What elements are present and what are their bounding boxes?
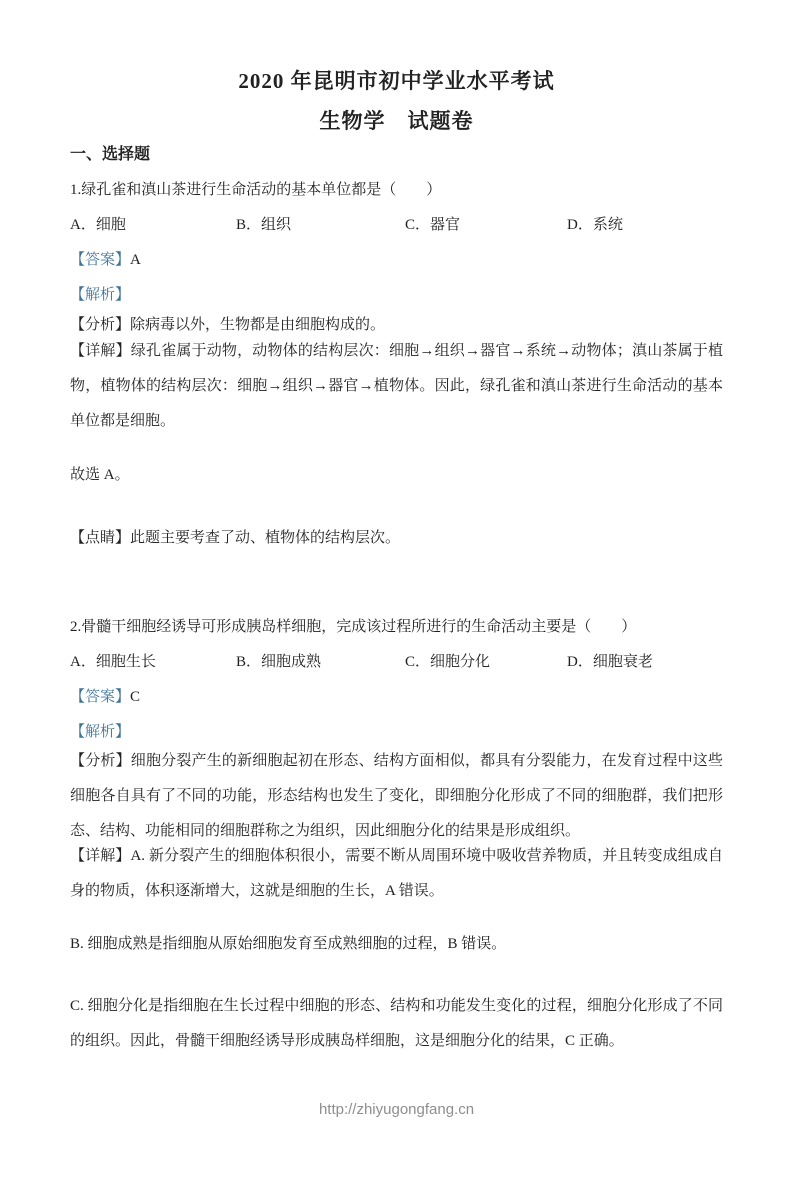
question-1-option-a: A．细胞 (70, 208, 126, 243)
question-2-analysis-paragraph: 【分析】细胞分裂产生的新细胞起初在形态、结构方面相似，都具有分裂能力，在发育过程… (70, 744, 723, 849)
answer-label: 【答案】 (70, 252, 130, 268)
question-2-answer-line: 【答案】C (70, 680, 723, 715)
question-1-option-d: D．系统 (567, 208, 623, 243)
question-2-detail-option-a: 【详解】A. 新分裂产生的细胞体积很小，需要不断从周围环境中吸收营养物质，并且转… (70, 839, 723, 909)
page-title: 2020 年昆明市初中学业水平考试 (70, 67, 723, 95)
footer-url: http://zhiyugongfang.cn (70, 1099, 723, 1121)
document-page: 2020 年昆明市初中学业水平考试 生物学 试题卷 一、选择题 1.绿孔雀和滇山… (0, 67, 793, 1189)
section-heading: 一、选择题 (70, 143, 723, 167)
question-2-answer-value: C (130, 689, 140, 705)
question-1-detail-paragraph: 【详解】绿孔雀属于动物，动物体的结构层次：细胞→组织→器官→系统→动物体；滇山茶… (70, 334, 723, 439)
question-1-options: A．细胞 B．组织 C．器官 D．系统 (70, 208, 723, 243)
question-2-option-d: D．细胞衰老 (567, 645, 653, 680)
question-2-detail-option-b: B. 细胞成熟是指细胞从原始细胞发育至成熟细胞的过程，B 错误。 (70, 927, 723, 962)
question-1-tip-paragraph: 【点睛】此题主要考查了动、植物体的结构层次。 (70, 521, 723, 556)
analysis-label: 【解析】 (70, 287, 130, 303)
page-subtitle: 生物学 试题卷 (70, 107, 723, 135)
answer-label: 【答案】 (70, 689, 130, 705)
question-2-stem: 2.骨髓干细胞经诱导可形成胰岛样细胞，完成该过程所进行的生命活动主要是（ ） (70, 610, 723, 645)
question-1-option-b: B．组织 (236, 208, 291, 243)
question-1-option-c: C．器官 (405, 208, 460, 243)
question-2-option-a: A．细胞生长 (70, 645, 156, 680)
question-1-answer-value: A (130, 252, 141, 268)
question-2-option-c: C．细胞分化 (405, 645, 490, 680)
question-1-stem: 1.绿孔雀和滇山茶进行生命活动的基本单位都是（ ） (70, 173, 723, 208)
question-2-detail-option-c: C. 细胞分化是指细胞在生长过程中细胞的形态、结构和功能发生变化的过程，细胞分化… (70, 989, 723, 1059)
question-2-option-b: B．细胞成熟 (236, 645, 321, 680)
question-1-answer-line: 【答案】A (70, 243, 723, 278)
question-1-conclusion: 故选 A。 (70, 458, 723, 493)
analysis-label: 【解析】 (70, 724, 130, 740)
question-2-options: A．细胞生长 B．细胞成熟 C．细胞分化 D．细胞衰老 (70, 645, 723, 680)
